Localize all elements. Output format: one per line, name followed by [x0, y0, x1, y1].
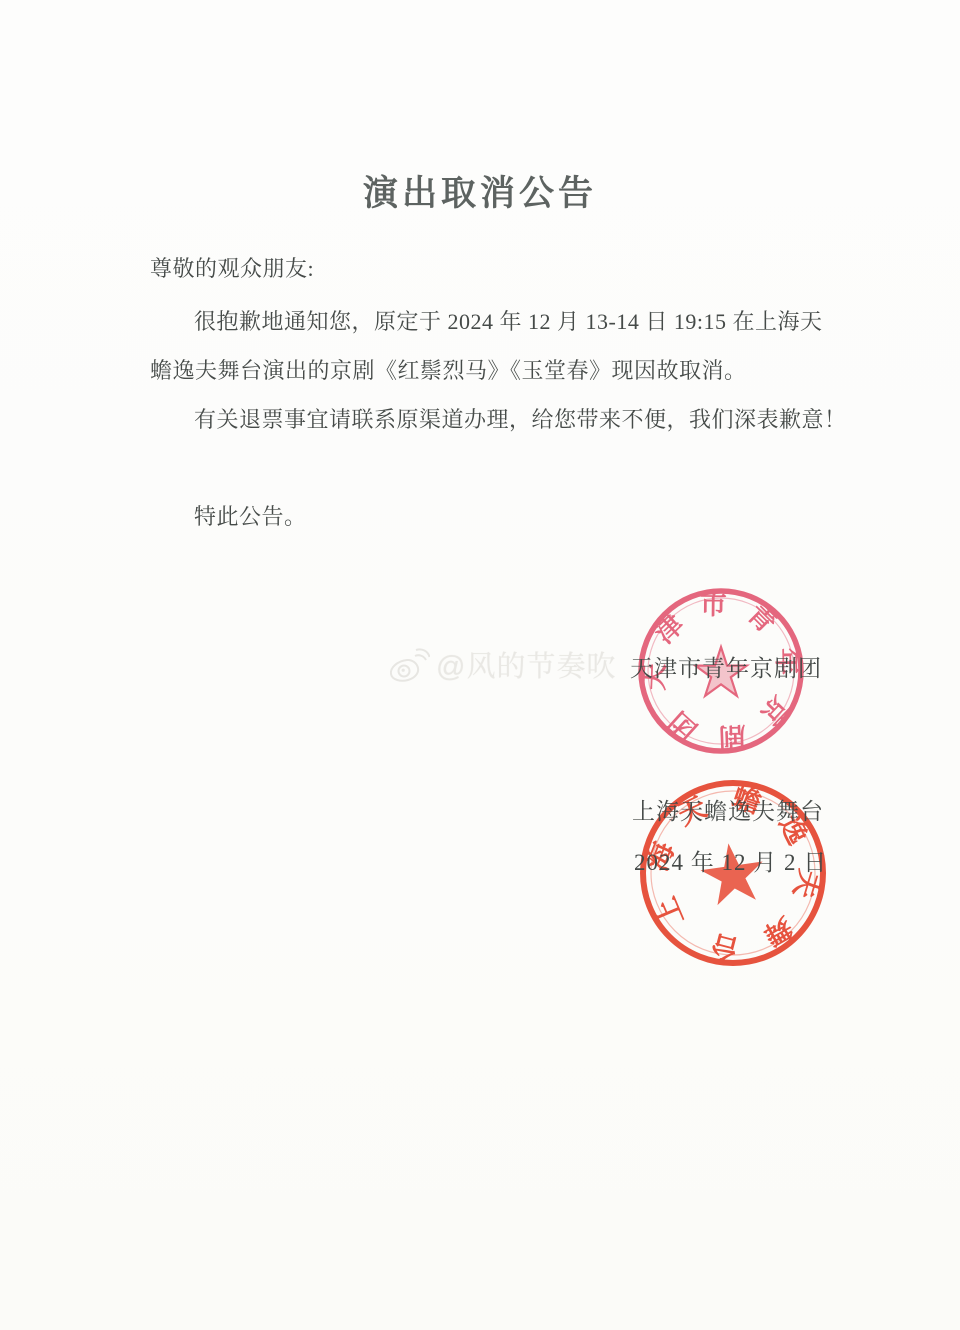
- paragraph-1-line-2: 蟾逸夫舞台演出的京剧《红鬃烈马》《玉堂春》现因故取消。: [150, 356, 830, 386]
- signature-date: 2024 年 12 月 2 日: [634, 844, 827, 877]
- paragraph-1-line-1: 很抱歉地通知您，原定于 2024 年 12 月 13-14 日 19:15 在上…: [150, 307, 874, 337]
- paragraph-2: 有关退票事宜请联系原渠道办理，给您带来不便，我们深表歉意！: [150, 405, 874, 435]
- salutation: 尊敬的观众朋友:: [150, 254, 830, 284]
- closing-statement: 特此公告。: [150, 502, 874, 532]
- weibo-watermark: @风的节奏吹: [388, 644, 616, 685]
- announcement-document: 演出取消公告 尊敬的观众朋友: 很抱歉地通知您，原定于 2024 年 12 月 …: [0, 0, 960, 1330]
- weibo-handle: @风的节奏吹: [436, 644, 616, 685]
- page-title: 演出取消公告: [0, 166, 960, 216]
- signature-org1: 天津市青年京剧团: [630, 650, 822, 683]
- signature-org2: 上海天蟾逸夫舞台: [632, 793, 824, 826]
- weibo-icon: [388, 647, 430, 683]
